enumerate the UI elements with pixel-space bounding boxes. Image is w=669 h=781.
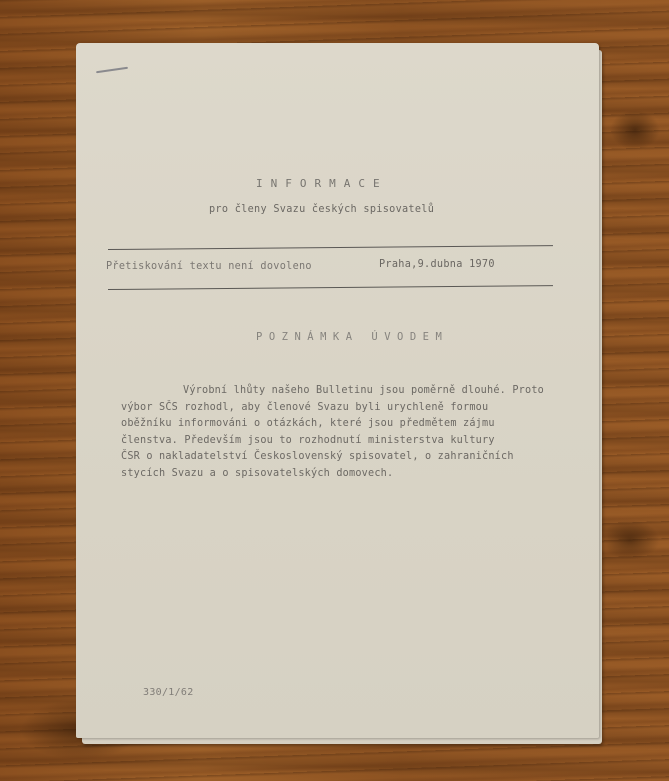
intro-paragraph: Výrobní lhůty našeho Bulletinu jsou pomě… xyxy=(121,383,591,482)
document-page: INFORMACE pro členy Svazu českých spisov… xyxy=(76,43,599,738)
paragraph-line: členstva. Především jsou to rozhodnutí m… xyxy=(121,433,591,450)
reference-number: 330/1/62 xyxy=(143,687,194,698)
paragraph-line: stycích Svazu a o spisovatelských domove… xyxy=(121,466,591,483)
paragraph-line: oběžníku informováni o otázkách, které j… xyxy=(121,416,591,433)
staple-icon xyxy=(96,67,128,73)
place-date: Praha,9.dubna 1970 xyxy=(379,259,495,270)
paragraph-line: ČSR o nakladatelství Československý spis… xyxy=(121,449,591,466)
document-subtitle: pro členy Svazu českých spisovatelů xyxy=(209,204,434,215)
section-heading: POZNÁMKA ÚVODEM xyxy=(256,331,448,343)
wood-knot xyxy=(610,110,660,150)
document-title: INFORMACE xyxy=(256,177,388,190)
paragraph-line: výbor SČS rozhodl, aby členové Svazu byl… xyxy=(121,400,591,417)
divider-bottom xyxy=(108,285,553,290)
wood-knot xyxy=(600,520,660,560)
divider-top xyxy=(108,245,553,250)
paragraph-line: Výrobní lhůty našeho Bulletinu jsou pomě… xyxy=(121,383,591,400)
reprint-notice: Přetiskování textu není dovoleno xyxy=(106,261,312,272)
